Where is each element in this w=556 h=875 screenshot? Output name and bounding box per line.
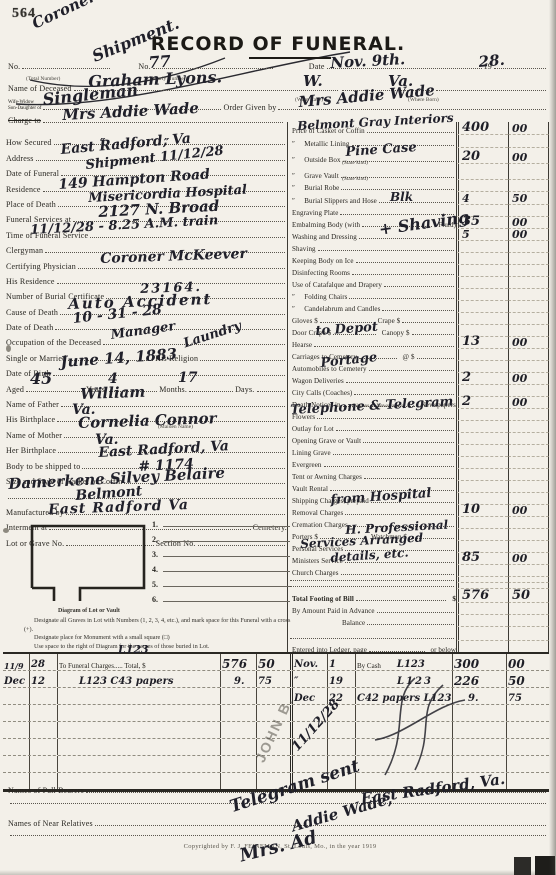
amount-cents: 50 (508, 192, 549, 205)
ledger-value: 00 (508, 658, 525, 670)
ledger-value: 75 (508, 694, 522, 704)
ledger-value: 50 (258, 658, 275, 670)
amount-dollars: 10 (456, 505, 508, 517)
charge-row: ″ Burial Robe (288, 180, 549, 192)
charge-label: ″ Folding Chairs (288, 293, 347, 301)
leader (436, 90, 546, 91)
amount-dollars: 400 (456, 122, 508, 135)
debit-day-cell (29, 688, 57, 704)
line-number: 6. (152, 595, 158, 604)
cell (29, 739, 57, 755)
amount-cents (508, 289, 549, 301)
amount-dollars: 13 (456, 337, 508, 349)
charge-label: ″ Burial Slippers and Hose (288, 197, 377, 205)
credit-month-cell: Nov. (290, 654, 327, 670)
cell (327, 722, 355, 738)
relation-label-2: Son-Daughter of (8, 106, 41, 112)
field-label: Aged (6, 385, 24, 394)
amount-dollars: 2 (456, 373, 508, 385)
debit-desc-cell: To Funeral Charges..... Total, $ (57, 654, 220, 670)
charge-label: ″ Outside Box (288, 156, 341, 164)
cell (3, 739, 29, 755)
charge-label: Vault Rental (288, 485, 328, 493)
amount-dollars (456, 565, 508, 577)
leader (345, 514, 454, 515)
ledger-value: 11/9 (4, 662, 24, 670)
amount-dollars: 2 (456, 397, 508, 409)
instruction-line: Designate all Graves in Lot with Numbers… (24, 617, 292, 634)
leader (10, 803, 546, 804)
ledger-value: Dec (4, 677, 25, 687)
charge-label: ″ Metallic Lining (288, 140, 350, 148)
amount-cents (508, 603, 549, 615)
amount-dollars (456, 469, 508, 481)
charge-label: Wagon Deliveries (288, 377, 344, 385)
relation-label: Wife-Widow Son-Daughter of (8, 100, 41, 112)
leader (363, 442, 454, 443)
field-label: Certifying Physician (6, 262, 76, 271)
leader (364, 478, 454, 479)
amount-dollars (456, 481, 508, 493)
paid-in-advance-row: By Amount Paid in Advance (288, 603, 549, 615)
amount-cents: 00 (508, 505, 549, 517)
amount-cents (508, 615, 549, 627)
cell (506, 722, 549, 738)
cell (3, 705, 29, 721)
field-label: Her Birthplace (6, 446, 56, 455)
leader (257, 391, 285, 392)
charge-row: City Calls (Coaches) (288, 385, 549, 397)
amount-dollars: 4 (456, 192, 508, 205)
amount-cents (508, 457, 549, 469)
amount-value: 2 (462, 395, 471, 408)
amount-dollars (456, 457, 508, 469)
leader (369, 370, 454, 371)
buried-name-line: 4. (152, 565, 292, 574)
amount-value: 2 (462, 371, 471, 384)
leader (349, 298, 454, 299)
charge-row: Church Charges (288, 565, 549, 577)
amount-cents (508, 409, 549, 421)
amount-cents: 00 (508, 122, 549, 135)
leader (336, 430, 454, 431)
leader (382, 310, 454, 311)
leader (163, 601, 290, 602)
amount-cents: 00 (508, 229, 549, 241)
charges-column: Price of Casket or Coffin40000 ″ Metalli… (287, 122, 549, 654)
ledger-value: ″ (294, 677, 298, 687)
charge-label: Hearse (288, 341, 312, 349)
charge-row: ″ Burial Slippers and Hose450 (288, 192, 549, 205)
scan-speck (6, 345, 11, 352)
leader (163, 541, 290, 542)
amount-dollars (456, 421, 508, 433)
debit-day-cell: 12 (29, 671, 57, 687)
leader (367, 132, 454, 133)
leader (367, 624, 454, 625)
leader (417, 358, 454, 359)
form-title: RECORD OF FUNERAL. (0, 33, 556, 55)
amount-cents: 00 (508, 337, 549, 349)
leader (341, 574, 454, 575)
amount-cents (508, 469, 549, 481)
leader (314, 346, 454, 347)
balance-label: Balance (288, 619, 365, 627)
leader (333, 454, 454, 455)
amount-cents: 00 (508, 373, 549, 385)
charge-row: Lining Grave (288, 445, 549, 457)
charge-row: Ministers Service8500 (288, 553, 549, 565)
field-label: Cause of Death (6, 308, 58, 317)
charge-label: Church Charges (288, 569, 339, 577)
credit-cents-cell: 75 (506, 688, 549, 704)
ledger-value: 12 (31, 677, 45, 687)
leader (290, 586, 454, 587)
handwritten-year: 28. (478, 53, 505, 70)
amount-value: 00 (512, 152, 527, 163)
no-label: No. (8, 62, 20, 71)
scan-speck (3, 528, 9, 533)
amount-dollars (456, 615, 508, 627)
field-label: Name of Father (6, 400, 59, 409)
cell (506, 739, 549, 755)
credit-month-cell: ″ (290, 671, 327, 687)
field-label: Name of Mother (6, 431, 62, 440)
amount-cents (508, 313, 549, 325)
charge-label: City Calls (Coaches) (288, 389, 352, 397)
order-given-by-label: Order Given by (223, 103, 276, 112)
amount-dollars (456, 313, 508, 325)
amount-dollars (456, 253, 508, 265)
leader (290, 580, 454, 581)
amount-dollars: 20 (456, 148, 508, 164)
field-label: Clergyman (6, 246, 43, 255)
amount-cents (508, 421, 549, 433)
ledger-value: Nov. (294, 660, 318, 670)
amount-dollars (456, 265, 508, 277)
amount-value: 00 (512, 373, 527, 384)
cell (506, 705, 549, 721)
days-label: Days. (235, 385, 254, 394)
leader (356, 262, 454, 263)
charge-row: Opening Grave or Vault (288, 433, 549, 445)
charge-row: Use of Catafalque and Drapery (288, 277, 549, 289)
amount-cents (508, 135, 549, 148)
line-number: 1. (152, 520, 158, 529)
leader (22, 68, 110, 69)
amount-dollars (456, 517, 508, 529)
credit-cents-cell: 50 (506, 671, 549, 687)
debit-desc-cell (57, 688, 220, 704)
charge-row: Keeping Body on Ice (288, 253, 549, 265)
scan-artifact-square (514, 857, 531, 875)
amount-cents (508, 301, 549, 313)
amount-dollars (456, 241, 508, 253)
leader (163, 526, 290, 527)
charge-row: Evergreen (288, 457, 549, 469)
scan-artifact-square (535, 856, 555, 875)
amount-cents (508, 481, 549, 493)
amount-dollars (456, 603, 508, 615)
charge-label: Outlay for Lot (288, 425, 334, 433)
ledger-printed-desc: To Funeral Charges..... Total, $ (59, 662, 146, 670)
buried-name-line: 2. (152, 535, 292, 544)
amount-value: 00 (512, 397, 527, 408)
pall-bearers-label: Names of Pall Bearers (8, 786, 84, 795)
amount-cents: 00 (508, 148, 549, 164)
amount-value: 10 (462, 503, 480, 516)
ledger-value: 1 (329, 660, 336, 670)
date-label: Date (309, 62, 325, 71)
amount-value: 00 (512, 123, 527, 134)
leader (324, 466, 454, 467)
filler-row (288, 627, 549, 641)
amount-cents: 50 (508, 589, 549, 603)
amount-value: 00 (512, 229, 527, 240)
handwritten-race: W. (303, 74, 323, 89)
charge-row: Wagon Deliveries200 (288, 373, 549, 385)
total-number-note: (Total Number) (26, 76, 60, 82)
diagram-instructions: Designate all Graves in Lot with Numbers… (24, 617, 292, 652)
total-dollars-value: 576 (462, 589, 489, 602)
amount-value: 00 (512, 505, 527, 516)
line-number: 4. (152, 565, 158, 574)
leader (318, 250, 454, 251)
amount-cents: 00 (508, 397, 549, 409)
charge-label: Embalming Body (with (288, 221, 360, 229)
cell (3, 756, 29, 772)
state-kind-note: (State kind) (342, 160, 368, 166)
charge-label: Evergreen (288, 461, 322, 469)
field-label: Body to be shipped to (6, 462, 80, 471)
debit-month-cell: Dec (3, 671, 29, 687)
handwritten-date: Nov. 9th. (330, 52, 406, 71)
charge-row: ″ Candelabrum and Candles (288, 301, 549, 313)
field-label: Address (6, 154, 34, 163)
leader (26, 391, 84, 392)
charge-row: ″ Grave Vault (288, 164, 549, 180)
amount-dollars (456, 164, 508, 180)
charge-label-2: Canopy $ (378, 329, 410, 337)
leader (53, 375, 285, 376)
cell (327, 739, 355, 755)
cell (57, 756, 220, 772)
charge-to-label: Charge to (8, 116, 41, 125)
amount-dollars (456, 349, 508, 361)
field-label: Occupation of the Deceased (6, 338, 101, 347)
buried-name-line: 1. (152, 520, 292, 529)
leader (359, 238, 454, 239)
total-cents-value: 50 (512, 589, 530, 602)
leader (402, 322, 454, 323)
leader (78, 268, 285, 269)
title-underline (249, 57, 331, 59)
leader (163, 556, 290, 557)
amount-cents (508, 265, 549, 277)
leader (90, 237, 285, 238)
debit-month-cell: 11/9 (3, 654, 29, 670)
amount-cents (508, 433, 549, 445)
charge-label: Washing and Dressing (288, 233, 357, 241)
charge-label: Engraving Plate (288, 209, 338, 217)
charge-row: Tent or Awning Charges (288, 469, 549, 481)
charge-label: Lining Grave (288, 449, 331, 457)
charge-row: ″ Metallic Lining (288, 135, 549, 148)
amount-dollars (456, 180, 508, 192)
total-footing-row: Total Footing of Bill$57650 (288, 589, 549, 603)
line-number: 3. (152, 550, 158, 559)
amount-cents (508, 349, 549, 361)
leader (290, 638, 454, 639)
field-row-father: Name of Father (6, 394, 287, 409)
amount-dollars (456, 301, 508, 313)
blank-dotted-line (8, 803, 548, 806)
charge-label: Cremation Charges (288, 521, 348, 529)
handwritten-aged-years: 45 (30, 371, 52, 387)
amount-dollars (456, 135, 508, 148)
charge-label: Gloves $ (288, 317, 318, 325)
amount-value: 85 (462, 551, 480, 564)
cell (57, 739, 220, 755)
leader (86, 792, 546, 793)
amount-value: 4 (462, 193, 470, 204)
charge-row: Outlay for Lot (288, 421, 549, 433)
amount-dollars (456, 289, 508, 301)
handwritten-father-name: William (80, 385, 145, 402)
near-relatives-line: Names of Near Relatives (8, 819, 548, 828)
leader (346, 382, 454, 383)
charge-row: ″ Folding Chairs (288, 289, 549, 301)
amount-dollars (456, 627, 508, 641)
field-label: His Residence (6, 277, 55, 286)
funeral-record-page: 564 Coroner's Case. Shipment. RECORD OF … (0, 0, 556, 875)
amount-cents (508, 241, 549, 253)
debit-dollars-cell: 9. (220, 671, 256, 687)
amount-cents (508, 253, 549, 265)
cell (57, 705, 220, 721)
charge-label: Shaving (288, 245, 316, 253)
number-date-line: No. No. Date 19 (8, 62, 548, 71)
amount-value: 00 (512, 337, 527, 348)
field-label: Place of Death (6, 200, 56, 209)
debit-cents-cell: 75 (256, 671, 290, 687)
near-relatives-label: Names of Near Relatives (8, 819, 93, 828)
field-label: Date of Funeral (6, 169, 59, 178)
amount-cents (508, 164, 549, 180)
handwritten-slippers-color: Blk (390, 191, 413, 203)
total-label: Total Footing of Bill (288, 595, 354, 603)
handwritten-ledger-ref: L123 (118, 644, 149, 655)
field-label: Date of Death (6, 323, 53, 332)
lot-diagram-box (24, 522, 154, 608)
leader (412, 334, 454, 335)
leader (163, 571, 290, 572)
cell (506, 756, 549, 772)
leader (163, 586, 290, 587)
leader (189, 391, 233, 392)
amount-value: 20 (462, 150, 480, 163)
balance-row: Balance (288, 615, 549, 627)
ledger-value: 576 (222, 658, 247, 670)
charge-label: Use of Catafalque and Drapery (288, 281, 382, 289)
ledger-value: 9. (234, 677, 244, 687)
charge-row: Hearse1300 (288, 337, 549, 349)
ledger-value: 19 (329, 677, 343, 687)
cell (220, 705, 256, 721)
amount-dollars (456, 433, 508, 445)
amount-cents: 00 (508, 553, 549, 565)
dollar-sign: $ (448, 595, 456, 603)
field-label: Single or Married (6, 354, 66, 363)
handwritten-coroners-case-note: Coroner's Case. (30, 0, 155, 32)
instruction-line: Use space to the right of Diagram for th… (24, 643, 292, 652)
debit-dollars-cell: 576 (220, 654, 256, 670)
credit-day-cell: 19 (327, 671, 355, 687)
cell (220, 739, 256, 755)
credit-cents-cell: 00 (506, 654, 549, 670)
amount-dollars (456, 409, 508, 421)
leader (200, 360, 285, 361)
buried-name-line: 3. (152, 550, 292, 559)
amount-cents (508, 627, 549, 641)
leader (356, 600, 446, 601)
amount-value: 13 (462, 335, 480, 348)
amount-dollars (456, 277, 508, 289)
amount-value: 5 (462, 229, 470, 240)
field-label: Residence (6, 185, 41, 194)
lot-diagram-section: 1. 2. 3. 4. 5. 6. Diagram of Lot or Vaul… (24, 520, 294, 670)
charge-label: Disinfecting Rooms (288, 269, 350, 277)
charge-label: ″ Grave Vault (288, 172, 339, 180)
cell (220, 722, 256, 738)
charge-label: ″ Candelabrum and Candles (288, 305, 380, 313)
cell (3, 722, 29, 738)
charge-label: Keeping Body on Ice (288, 257, 354, 265)
line-number: 5. (152, 580, 158, 589)
charge-label: ″ Burial Robe (288, 184, 339, 192)
ledger-value: L123 C43 papers (79, 677, 173, 687)
field-label: How Secured (6, 138, 52, 147)
field-label: His Birthplace (6, 415, 55, 424)
amount-value: 50 (512, 193, 527, 204)
cell (29, 705, 57, 721)
amount-cents (508, 180, 549, 192)
handwritten-aged-days: 17 (178, 371, 197, 385)
amount-dollars: 85 (456, 553, 508, 565)
amount-value: 00 (512, 217, 527, 228)
amount-cents (508, 277, 549, 289)
amount-value: 00 (512, 553, 527, 564)
cell (29, 756, 57, 772)
cell (57, 722, 220, 738)
state-kind-note: (State kind) (342, 176, 368, 182)
credit-day-cell: 1 (327, 654, 355, 670)
amount-dollars (456, 445, 508, 457)
debit-cents-cell: 50 (256, 654, 290, 670)
leader (352, 274, 454, 275)
cell (220, 756, 256, 772)
amount-value: 400 (462, 121, 489, 134)
charge-label: Tent or Awning Charges (288, 473, 362, 481)
instruction-line: Designate place for Monument with a smal… (24, 634, 292, 643)
amount-dollars: 5 (456, 229, 508, 241)
charge-row: Disinfecting Rooms (288, 265, 549, 277)
amount-cents (508, 565, 549, 577)
advance-label: By Amount Paid in Advance (288, 607, 375, 615)
charge-row: Removal Charges1000 (288, 505, 549, 517)
ledger-value: 50 (508, 675, 525, 687)
debit-month-cell (3, 688, 29, 704)
